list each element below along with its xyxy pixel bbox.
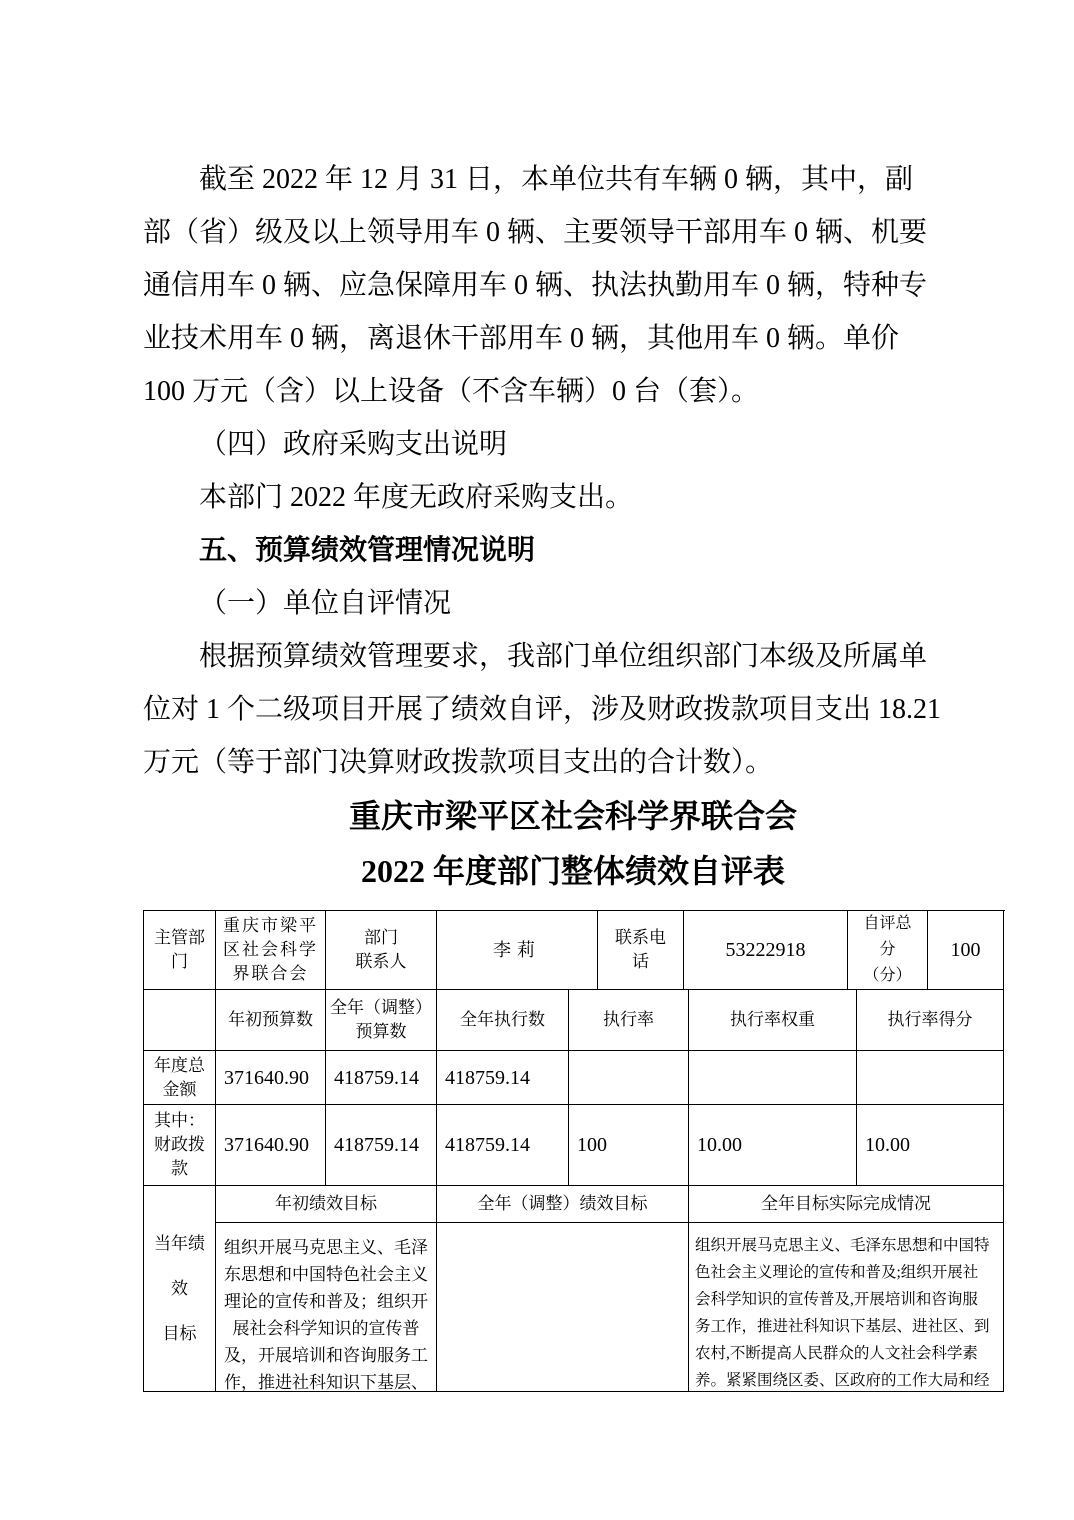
paragraph-selfeval-body: 根据预算绩效管理要求，我部门单位组织部门本级及所属单 位对 1 个二级项目开展了… <box>143 630 979 789</box>
cell-goals-row-label: 当年绩 效 目标 <box>144 1186 216 1392</box>
cell-goal-head-initial: 年初绩效目标 <box>216 1186 437 1223</box>
cell-fiscal-executed: 418759.14 <box>437 1105 569 1186</box>
cell-total-adjusted: 418759.14 <box>326 1051 437 1105</box>
annual-total-row: 年度总 金额 371640.90 418759.14 418759.14 <box>144 1051 1005 1105</box>
cell-total-score <box>857 1051 1004 1105</box>
cell-fiscal-score: 10.00 <box>857 1105 1004 1186</box>
cell-supervisor-label: 主管部 门 <box>144 911 216 990</box>
cell-goal-head-adjusted: 全年（调整）绩效目标 <box>437 1186 689 1223</box>
cell-goal-initial-text: 组织开展马克思主义、毛泽 东思想和中国特色社会主义 理论的宣传和普及；组织开 展… <box>216 1223 437 1392</box>
cell-phone-label: 联系电 话 <box>598 911 684 990</box>
cell-fiscal-label: 其中： 财政拨 款 <box>144 1105 216 1186</box>
document-page: 截至 2022 年 12 月 31 日，本单位共有车辆 0 辆，其中，副 部（省… <box>0 0 1074 789</box>
goals-header-row: 年初绩效目标 全年（调整）绩效目标 全年目标实际完成情况 <box>216 1186 1004 1223</box>
paragraph-procurement: 本部门 2022 年度无政府采购支出。 <box>143 471 979 524</box>
cell-header-executed: 全年执行数 <box>437 990 569 1051</box>
cell-total-initial: 371640.90 <box>216 1051 326 1105</box>
cell-score-value: 100 <box>928 911 1004 990</box>
table-title: 重庆市梁平区社会科学界联合会 <box>143 789 1003 844</box>
goals-content-row: 组织开展马克思主义、毛泽 东思想和中国特色社会主义 理论的宣传和普及；组织开 展… <box>216 1223 1004 1392</box>
paragraph-vehicles: 截至 2022 年 12 月 31 日，本单位共有车辆 0 辆，其中，副 部（省… <box>143 153 979 418</box>
cell-total-label: 年度总 金额 <box>144 1051 216 1105</box>
budget-header-row: 年初预算数 全年（调整） 预算数 全年执行数 执行率 执行率权重 执行率得分 <box>144 990 1005 1051</box>
cell-total-executed: 418759.14 <box>437 1051 569 1105</box>
cell-supervisor-value: 重庆市梁平 区社会科学 界联合会 <box>216 911 326 990</box>
cell-score-label: 自评总 分 （分） <box>848 911 928 990</box>
paragraph-section4-heading: （四）政府采购支出说明 <box>143 418 979 471</box>
cell-fiscal-rate: 100 <box>569 1105 689 1186</box>
section5-heading: 五、预算绩效管理情况说明 <box>143 524 979 577</box>
cell-goal-head-completion: 全年目标实际完成情况 <box>689 1186 1004 1223</box>
fiscal-row: 其中： 财政拨 款 371640.90 418759.14 418759.14 … <box>144 1105 1005 1186</box>
cell-fiscal-weight: 10.00 <box>689 1105 857 1186</box>
table-subtitle: 2022 年度部门整体绩效自评表 <box>143 844 1003 899</box>
self-eval-table: 主管部 门 重庆市梁平 区社会科学 界联合会 部门 联系人 李莉 联系电 话 5… <box>143 910 1005 1392</box>
cell-header-initial-budget: 年初预算数 <box>216 990 326 1051</box>
goals-subgrid: 年初绩效目标 全年（调整）绩效目标 全年目标实际完成情况 组织开展马克思主义、毛… <box>216 1186 1004 1392</box>
cell-goal-completion-text: 组织开展马克思主义、毛泽东思想和中国特 色社会主义理论的宣传和普及;组织开展社 … <box>689 1223 1004 1392</box>
goals-section: 当年绩 效 目标 年初绩效目标 全年（调整）绩效目标 全年目标实际完成情况 组织… <box>144 1186 1005 1392</box>
cell-blank-corner <box>144 990 216 1051</box>
cell-contact-label: 部门 联系人 <box>326 911 437 990</box>
cell-fiscal-initial: 371640.90 <box>216 1105 326 1186</box>
cell-contact-name: 李莉 <box>437 911 598 990</box>
cell-header-exec-rate: 执行率 <box>569 990 689 1051</box>
cell-fiscal-adjusted: 418759.14 <box>326 1105 437 1186</box>
paragraph-selfeval-heading: （一）单位自评情况 <box>143 577 979 630</box>
cell-goal-adjusted-text <box>437 1223 689 1392</box>
cell-phone-number: 53222918 <box>684 911 848 990</box>
table-title-block: 重庆市梁平区社会科学界联合会 2022 年度部门整体绩效自评表 <box>143 789 1003 899</box>
cell-header-adjusted-budget: 全年（调整） 预算数 <box>326 990 437 1051</box>
cell-total-weight <box>689 1051 857 1105</box>
info-row: 主管部 门 重庆市梁平 区社会科学 界联合会 部门 联系人 李莉 联系电 话 5… <box>144 911 1005 990</box>
cell-header-rate-weight: 执行率权重 <box>689 990 857 1051</box>
cell-total-rate <box>569 1051 689 1105</box>
cell-header-rate-score: 执行率得分 <box>857 990 1004 1051</box>
